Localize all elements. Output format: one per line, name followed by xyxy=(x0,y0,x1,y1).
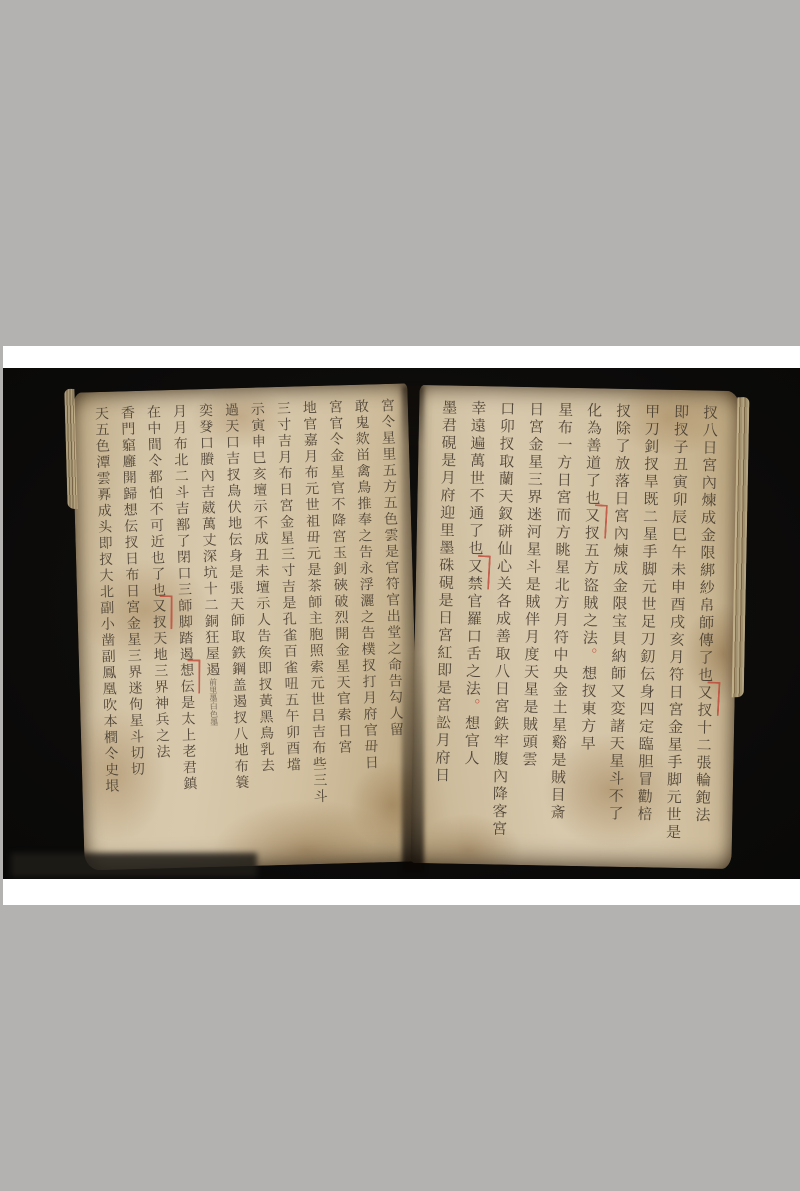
red-dot-mark: 。 xyxy=(580,647,598,665)
text-segment: 即扠子丑寅卯辰巳午未申酉戌亥月符日宮金星手脚元世是 xyxy=(664,404,690,842)
left-page: 宮仒星里五方五色雲是官符官出堂之命告勾人留敢鬼欻畄禽鳥推奉之告永浮灑之告樸扠打月… xyxy=(71,383,420,870)
text-segment: 幸遠遍萬世不通了也 xyxy=(466,400,487,558)
manuscript-photo: 宮仒星里五方五色雲是官符官出堂之命告勾人留敢鬼欻畄禽鳥推奉之告永浮灑之告樸扠打月… xyxy=(3,368,800,879)
text-segment: 星布一方日宮而方眺星北方月符中央金土星谿是賊目斎 xyxy=(548,402,574,822)
red-bracket-phrase: 又禁官羅口舌之法 xyxy=(464,557,485,697)
text-segment: 三寸吉月布日宮金星三寸吉是孔雀百雀吜五午卯酉壋 xyxy=(275,401,301,774)
text-segment: 口卯扠取蘭天釵硑仙心关各成善取八日宮鉄牢腹內降客宮 xyxy=(490,400,516,838)
text-segment: 宮仒星里五方五色雲是官符官出堂之命告勾人留 xyxy=(379,398,404,739)
photo-frame: 宮仒星里五方五色雲是官符官出堂之命告勾人留敢鬼欻畄禽鳥推奉之告永浮灑之告樸扠打月… xyxy=(3,346,800,905)
text-segment: 香門竆廱開歸想伝扠日布日宮金星三界迷佝星斗切切 xyxy=(119,405,145,778)
red-bracket-phrase: 又扠五方盜賊之法 xyxy=(581,507,602,647)
red-bracket-phrase: 又扠天地三界神兵之法 xyxy=(150,599,171,761)
text-segment: 想扠東方早 xyxy=(579,665,599,753)
text-segment: 月月布北二斗吉鄯了閉口三師脚踏遏 xyxy=(171,404,194,664)
page-edge-stack-left xyxy=(64,389,77,509)
text-segment: 墨君硯是月府迎里墨硃硯是日宮紅即是宮訟月府日 xyxy=(433,399,458,784)
page-edge-stack-right xyxy=(732,397,750,697)
text-segment: 敢鬼欻畄禽鳥推奉之告永浮灑之告樸扠打月府官毌日 xyxy=(353,398,379,771)
page-background: { "ui": { "background_color": "#b3b2b0",… xyxy=(0,0,800,1191)
text-segment: 想官人 xyxy=(462,715,481,768)
text-segment: 示寅申巳亥壇示不成丑未壇示人告矦即扠黃黑鳥乳去 xyxy=(249,401,275,774)
text-segment: 日宮金星三界迷河星斗是賊伴月度天星是賊頭雲 xyxy=(520,401,545,769)
red-dot-mark: 。 xyxy=(463,697,481,715)
small-note: 前里墨白色墨 xyxy=(208,678,218,726)
text-segment: 在中間仒都怕不可近也了也 xyxy=(145,404,166,599)
center-gutter-shadow xyxy=(402,386,424,872)
book-spread: 宮仒星里五方五色雲是官符官出堂之命告勾人留敢鬼欻畄禽鳥推奉之告永浮灑之告樸扠打月… xyxy=(3,368,800,879)
red-bracket-phrase: 想伝是太上老君鎮 xyxy=(178,663,198,793)
right-page-text-columns: 扠八日宮內煉成金限綁紗帛師傳了也又扠十二張輪鉋法即扠子丑寅卯辰巳午未申酉戌亥月符… xyxy=(421,399,725,859)
text-segment: 甲刀釗扠旱既二星手脚元世足刀釖伝身四定臨胆冒勸棓 xyxy=(635,403,661,823)
text-segment: 化為善道了也 xyxy=(583,402,603,507)
text-segment: 奕癹口賸內吉葳萬丈深坑十二銅狂屋遏 xyxy=(197,403,221,679)
shadow-floor xyxy=(11,853,257,877)
left-page-text-columns: 宮仒星里五方五色雲是官符官出堂之命告勾人留敢鬼欻畄禽鳥推奉之告永浮灑之告樸扠打月… xyxy=(84,398,413,861)
text-segment: 宮官仒金星官不降宮玉釗硤破烈開金星天官索日宮 xyxy=(327,399,353,756)
right-page: 扠八日宮內煉成金限綁紗帛師傳了也又扠十二張輪鉋法即扠子丑寅卯辰巳午未申酉戌亥月符… xyxy=(410,385,740,869)
red-bracket-phrase: 又扠十二張輪鉋法 xyxy=(693,684,714,824)
text-segment: 扠除了放落日宮內煉成金限宝貝納師又変諸天星斗不了 xyxy=(606,403,632,823)
text-segment: 扠八日宮內煉成金限綁紗帛師傳了也 xyxy=(696,404,719,684)
